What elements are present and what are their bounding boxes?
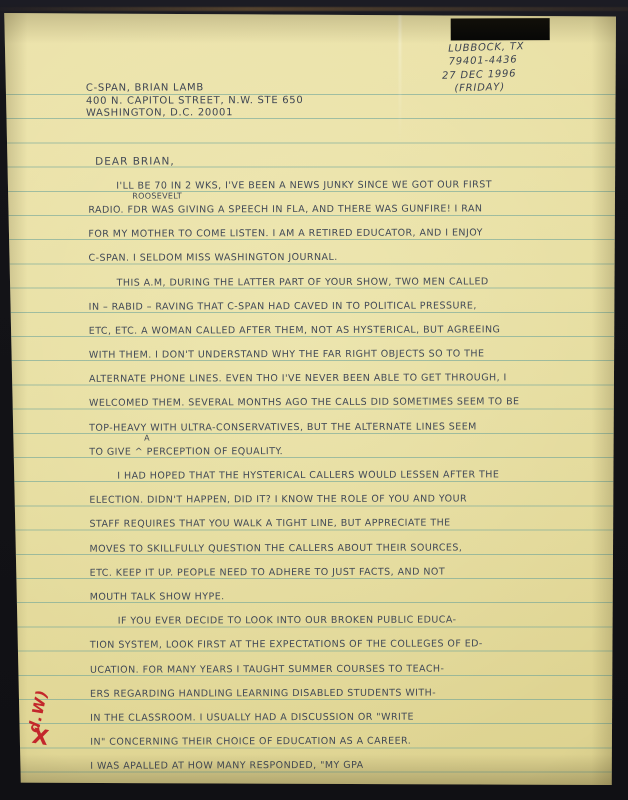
letter-paper: LUBBOCK, TX 79401-4436 27 DEC 1996 (FRID… [3,13,616,785]
letter-line-text: MOUTH TALK SHOW HYPE. [90,591,225,602]
letter-line: IF YOU EVER DECIDE TO LOOK INTO OUR BROK… [90,601,600,627]
letter-line: IN – RABID – RAVING THAT C-SPAN HAD CAVE… [89,287,599,313]
recipient-line: 400 N. CAPITOL STREET, N.W. STE 650 [86,95,303,108]
letter-line-text: TO GIVE ^ PERCEPTION OF EQUALITY. [89,446,283,458]
scanner-background: LUBBOCK, TX 79401-4436 27 DEC 1996 (FRID… [0,0,628,800]
redaction-box [451,18,550,40]
letter-line: WELCOMED THEM. SEVERAL MONTHS AGO THE CA… [89,383,599,409]
letter-line: ETC, ETC. A WOMAN CALLED AFTER THEM, NOT… [89,311,599,337]
letter-line: ERS REGARDING HANDLING LEARNING DISABLED… [90,674,600,700]
letter-line: RADIO. FDR WAS GIVING A SPEECH IN FLA, A… [88,190,598,216]
salutation: DEAR BRIAN, [95,143,175,167]
letter-line: UCATION. FOR MANY YEARS I TAUGHT SUMMER … [90,649,600,675]
annotation-x-mark: X [31,726,62,751]
letter-body: I'LL BE 70 IN 2 WKS, I'VE BEEN A NEWS JU… [88,166,600,772]
letter-line: FOR MY MOTHER TO COME LISTEN. I AM A RET… [88,214,598,240]
letter-line: ELECTION. DIDN'T HAPPEN, DID IT? I KNOW … [89,480,599,506]
letter-line: TO GIVE ^ PERCEPTION OF EQUALITY.A [89,432,599,458]
letter-line: C-SPAN. I SELDOM MISS WASHINGTON JOURNAL… [88,238,598,264]
letter-line: ALTERNATE PHONE LINES. EVEN THO I'VE NEV… [89,359,599,385]
letter-line: MOUTH TALK SHOW HYPE. [90,577,600,603]
letter-line: ETC. KEEP IT UP. PEOPLE NEED TO ADHERE T… [90,553,600,579]
sender-block: LUBBOCK, TX 79401-4436 27 DEC 1996 (FRID… [448,40,526,96]
margin-annotation: d.W) X [16,702,60,749]
letter-line: IN" CONCERNING THEIR CHOICE OF EDUCATION… [90,722,600,748]
letter-line: STAFF REQUIRES THAT YOU WALK A TIGHT LIN… [89,504,599,530]
letter-line: I'LL BE 70 IN 2 WKS, I'VE BEEN A NEWS JU… [88,166,598,192]
letter-line-text: C-SPAN. I SELDOM MISS WASHINGTON JOURNAL… [88,252,337,264]
letter-line: I HAD HOPED THAT THE HYSTERICAL CALLERS … [89,456,599,482]
letter-line: MOVES TO SKILLFULLY QUESTION THE CALLERS… [89,528,599,554]
letter-content: LUBBOCK, TX 79401-4436 27 DEC 1996 (FRID… [2,12,618,786]
recipient-line: WASHINGTON, D.C. 20001 [86,107,303,120]
letter-line: TOP-HEAVY WITH ULTRA-CONSERVATIVES, BUT … [89,407,599,433]
letter-line: WITH THEM. I DON'T UNDERSTAND WHY THE FA… [89,335,599,361]
scan-edge-highlight [0,7,628,11]
inserted-word-above-line: ROOSEVELT [132,191,182,200]
recipient-address: C-SPAN, BRIAN LAMB 400 N. CAPITOL STREET… [86,82,304,121]
letter-line: IN THE CLASSROOM. I USUALLY HAD A DISCUS… [90,698,600,724]
letter-line: TION SYSTEM, LOOK FIRST AT THE EXPECTATI… [90,625,600,651]
letter-line-text: I WAS APALLED AT HOW MANY RESPONDED, "MY… [90,760,363,772]
inserted-word-above-line: A [144,433,150,442]
letter-line: THIS A.M, DURING THE LATTER PART OF YOUR… [89,262,599,288]
letter-day: (FRIDAY) [454,80,526,96]
recipient-line: C-SPAN, BRIAN LAMB [86,82,303,95]
letter-line: I WAS APALLED AT HOW MANY RESPONDED, "MY… [90,746,600,772]
